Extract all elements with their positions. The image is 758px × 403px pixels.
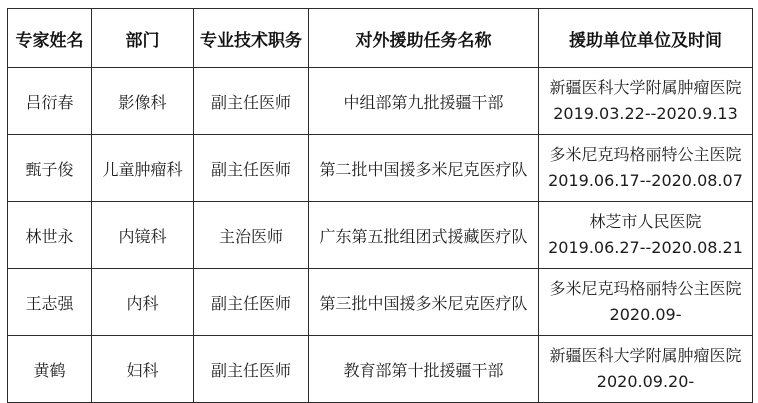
period-line: 2019.06.17--2020.08.07 <box>543 168 748 194</box>
period-line: 2019.06.27--2020.08.21 <box>543 235 748 261</box>
table-row: 林世永 内镜科 主治医师 广东第五批组团式援藏医疗队 林芝市人民医院 2019.… <box>8 202 753 269</box>
period-line: 2020.09- <box>543 302 748 328</box>
expert-name-cell: 王志强 <box>8 269 92 336</box>
unit-time-cell: 新疆医科大学附属肿瘤医院 2019.03.22--2020.9.13 <box>539 68 753 135</box>
table-row: 吕衍春 影像科 副主任医师 中组部第九批援疆干部 新疆医科大学附属肿瘤医院 20… <box>8 68 753 135</box>
task-cell: 教育部第十批援疆干部 <box>309 336 539 403</box>
task-cell: 广东第五批组团式援藏医疗队 <box>309 202 539 269</box>
department-cell: 内科 <box>92 269 194 336</box>
title-cell: 副主任医师 <box>194 135 309 202</box>
column-header-title: 专业技术职务 <box>194 9 309 68</box>
period-line: 2019.03.22--2020.9.13 <box>543 101 748 127</box>
expert-name-cell: 甄子俊 <box>8 135 92 202</box>
expert-name-cell: 吕衍春 <box>8 68 92 135</box>
page-background: 专家姓名 部门 专业技术职务 对外援助任务名称 援助单位单位及时间 吕衍春 影像… <box>0 0 758 393</box>
table-row: 黄鹤 妇科 副主任医师 教育部第十批援疆干部 新疆医科大学附属肿瘤医院 2020… <box>8 336 753 403</box>
unit-line: 多米尼克玛格丽特公主医院 <box>543 276 748 302</box>
department-cell: 影像科 <box>92 68 194 135</box>
column-header-department: 部门 <box>92 9 194 68</box>
expert-name-cell: 林世永 <box>8 202 92 269</box>
title-cell: 副主任医师 <box>194 336 309 403</box>
department-cell: 内镜科 <box>92 202 194 269</box>
unit-time-cell: 新疆医科大学附属肿瘤医院 2020.09.20- <box>539 336 753 403</box>
unit-line: 多米尼克玛格丽特公主医院 <box>543 142 748 168</box>
title-cell: 副主任医师 <box>194 68 309 135</box>
unit-line: 林芝市人民医院 <box>543 209 748 235</box>
period-line: 2020.09.20- <box>543 369 748 395</box>
header-row: 专家姓名 部门 专业技术职务 对外援助任务名称 援助单位单位及时间 <box>8 9 753 68</box>
aid-experts-table: 专家姓名 部门 专业技术职务 对外援助任务名称 援助单位单位及时间 吕衍春 影像… <box>7 8 753 403</box>
task-cell: 中组部第九批援疆干部 <box>309 68 539 135</box>
task-cell: 第三批中国援多米尼克医疗队 <box>309 269 539 336</box>
title-cell: 副主任医师 <box>194 269 309 336</box>
unit-line: 新疆医科大学附属肿瘤医院 <box>543 343 748 369</box>
unit-time-cell: 多米尼克玛格丽特公主医院 2019.06.17--2020.08.07 <box>539 135 753 202</box>
department-cell: 妇科 <box>92 336 194 403</box>
task-cell: 第二批中国援多米尼克医疗队 <box>309 135 539 202</box>
unit-time-cell: 林芝市人民医院 2019.06.27--2020.08.21 <box>539 202 753 269</box>
column-header-unit-time: 援助单位单位及时间 <box>539 9 753 68</box>
unit-time-cell: 多米尼克玛格丽特公主医院 2020.09- <box>539 269 753 336</box>
table-row: 王志强 内科 副主任医师 第三批中国援多米尼克医疗队 多米尼克玛格丽特公主医院 … <box>8 269 753 336</box>
unit-line: 新疆医科大学附属肿瘤医院 <box>543 75 748 101</box>
column-header-expert-name: 专家姓名 <box>8 9 92 68</box>
table-row: 甄子俊 儿童肿瘤科 副主任医师 第二批中国援多米尼克医疗队 多米尼克玛格丽特公主… <box>8 135 753 202</box>
expert-name-cell: 黄鹤 <box>8 336 92 403</box>
title-cell: 主治医师 <box>194 202 309 269</box>
column-header-task: 对外援助任务名称 <box>309 9 539 68</box>
department-cell: 儿童肿瘤科 <box>92 135 194 202</box>
